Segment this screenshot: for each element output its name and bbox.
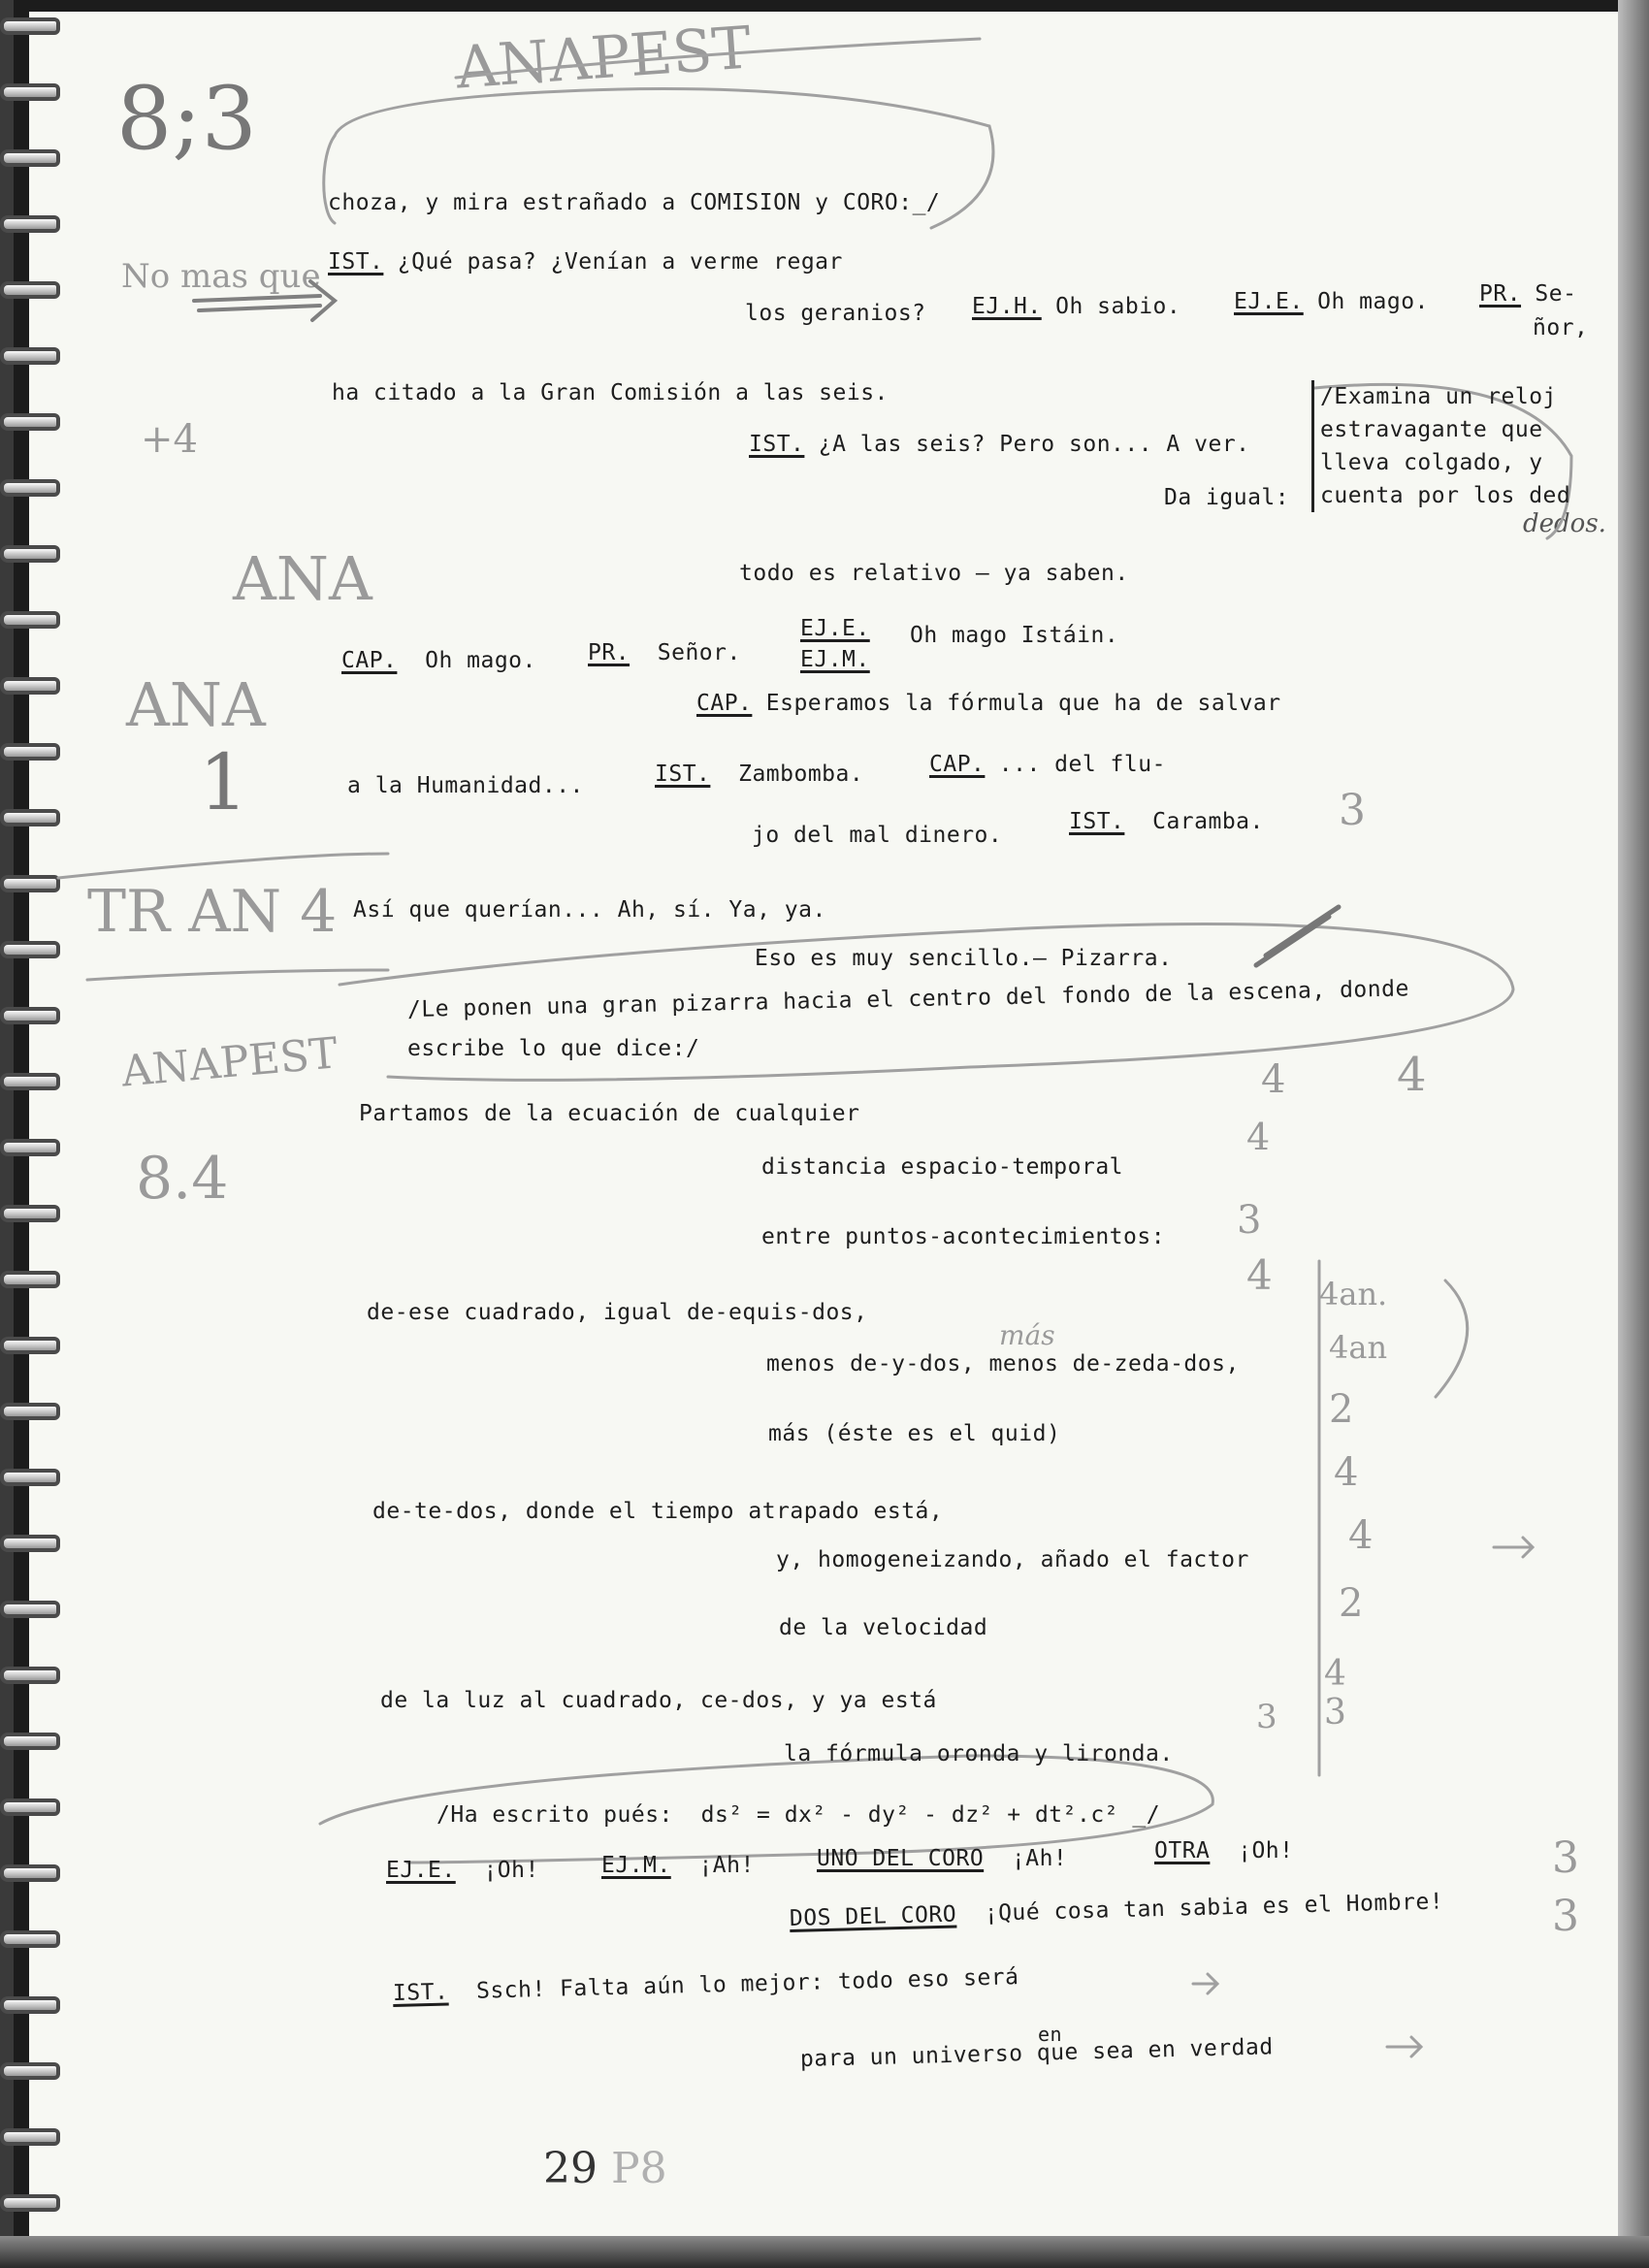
script-line: CAP. Esperamos la fórmula que ha de salv… (696, 691, 1281, 716)
script-line: OTRA ¡Oh! (1154, 1838, 1293, 1863)
pencil-scan: 4 (1348, 1513, 1373, 1558)
script-line: EJ.H. Oh sabio. (972, 294, 1180, 319)
spiral-ring (0, 1996, 60, 2014)
script-line: IST. ¿Qué pasa? ¿Venían a verme regar (328, 249, 843, 275)
dialogue-text: y, homogeneizando, añado el factor (776, 1547, 1249, 1572)
spiral-ring (0, 1469, 60, 1486)
dialogue-text: entre puntos-acontecimientos: (761, 1224, 1165, 1249)
dialogue-text: ha citado a la Gran Comisión a las seis. (332, 380, 889, 405)
script-line: IST. Caramba. (1069, 809, 1264, 834)
dialogue-text: Oh sabio. (1055, 294, 1180, 319)
spiral-ring (0, 1864, 60, 1882)
pencil-scan-3: 3 (1339, 786, 1366, 835)
dialogue-text: de-ese cuadrado, igual de-equis-dos, (367, 1300, 868, 1325)
speaker-label: EJ.E. (800, 613, 870, 644)
script-line: CAP. Oh mago. (341, 648, 536, 673)
pencil-ana-1: ANA (233, 543, 372, 614)
spiral-ring (0, 1205, 60, 1222)
dialogue-text: Se- (1535, 281, 1576, 307)
stage-direction-formula: /Ha escrito pués: ds² = dx² - dy² - dz² … (436, 1802, 1160, 1828)
spiral-ring (0, 809, 60, 826)
dialogue-text: Eso es muy sencillo.— Pizarra. (755, 946, 1172, 971)
page-shadow (0, 2236, 1649, 2268)
script-line: EJ.M. ¡Ah! (601, 1853, 755, 1878)
script-line: IST. Zambomba. (655, 761, 863, 787)
dialogue-text: Oh mago. (425, 648, 536, 673)
dialogue-text: Da igual: (1164, 485, 1289, 510)
pencil-scan: 2 (1339, 1581, 1363, 1626)
page-number: 29 (543, 2144, 598, 2193)
dialogue-text: de la velocidad (779, 1615, 987, 1640)
speaker-label: EJ.E. (1234, 289, 1304, 314)
spiral-ring (0, 743, 60, 761)
spiral-ring (0, 2062, 60, 2080)
pencil-scan-4: 4 (1397, 1048, 1427, 1102)
dialogue-text: menos de-y-dos, menos de-zeda-dos, (766, 1351, 1240, 1377)
dialogue-text: distancia espacio-temporal (761, 1154, 1123, 1180)
spiral-ring (0, 1930, 60, 1948)
dialogue-text: Oh mago Istáin. (910, 623, 1118, 648)
pencil-margin-note: No mas que (121, 257, 321, 296)
formula: ds² = dx² - dy² - dz² + dt².c² _/ (701, 1802, 1160, 1828)
speaker-label: IST. (1069, 809, 1124, 834)
speaker-label: DOS DEL CORO (790, 1901, 957, 1930)
pencil-ana-number: 1 (199, 737, 248, 827)
spiral-ring (0, 941, 60, 958)
dialogue-text: jo del mal dinero. (752, 823, 1002, 848)
spiral-ring (0, 413, 60, 431)
dialogue-text: todo es relativo — ya saben. (739, 561, 1129, 586)
speaker-label: PR. (1479, 281, 1521, 307)
speaker-label: PR. (588, 640, 630, 665)
script-line: EJ.E. ¡Oh! (386, 1858, 539, 1883)
speaker-label: IST. (655, 761, 710, 787)
dialogue-text: los geranios? (745, 301, 926, 326)
script-line: EJ.E. EJ.M. (800, 613, 870, 675)
spiral-ring (0, 149, 60, 167)
notebook-spine (0, 0, 14, 2268)
spiral-ring (0, 1535, 60, 1552)
spiral-ring (0, 545, 60, 563)
spiral-ring (0, 875, 60, 892)
dialogue-text: Zambomba. (738, 761, 863, 787)
pencil-scan: 3 (1256, 1698, 1277, 1736)
page-edge (1618, 0, 1649, 2268)
script-line: choza, y mira estrañado a COMISION y COR… (328, 190, 940, 215)
speaker-label: IST. (328, 249, 383, 275)
pencil-scan: 4 (1246, 1251, 1273, 1299)
spiral-ring (0, 1798, 60, 1816)
pencil-insert-mas: más (999, 1319, 1055, 1351)
pencil-page-note: P8 (611, 2144, 667, 2193)
pencil-tr-an: TR AN 4 (87, 878, 337, 946)
spiral-ring (0, 1601, 60, 1618)
speaker-label: IST. (393, 1980, 449, 2006)
speaker-label: EJ.M. (800, 644, 870, 675)
pencil-top-number: 8;3 (116, 68, 257, 170)
spiral-ring (0, 479, 60, 497)
spiral-ring (0, 1271, 60, 1288)
script-line: PR. Señor. (588, 640, 741, 665)
dialogue-text: ñor, (1533, 315, 1588, 340)
spiral-ring (0, 1733, 60, 1750)
pencil-scan-4an: 4an (1329, 1329, 1387, 1366)
speaker-label: EJ.H. (972, 294, 1042, 319)
dialogue-text: Así que querían... Ah, sí. Ya, ya. (353, 897, 826, 923)
spiral-ring (0, 1403, 60, 1420)
script-line: EJ.E. Oh mago. (1234, 289, 1429, 314)
spiral-ring (0, 2128, 60, 2146)
dialogue-text: de la luz al cuadrado, ce-dos, y ya está (380, 1688, 937, 1713)
speaker-label: EJ.E. (386, 1858, 456, 1883)
stage-direction: /Examina un reloj estravagante que lleva… (1311, 380, 1570, 512)
dialogue-text: ¿Qué pasa? ¿Venían a verme regar (398, 249, 843, 275)
speaker-label: CAP. (696, 691, 752, 716)
pencil-number: 8.4 (136, 1145, 228, 1213)
dialogue-text: más (éste es el quid) (768, 1421, 1060, 1446)
script-line: PR. Se- (1479, 281, 1576, 307)
spiral-ring (0, 215, 60, 233)
dialogue-text: de-te-dos, donde el tiempo atrapado está… (372, 1499, 943, 1524)
pencil-insert-dedos: dedos. (1523, 509, 1606, 538)
speaker-label: EJ.M. (601, 1853, 671, 1878)
script-line: UNO DEL CORO ¡Ah! (817, 1846, 1067, 1871)
dialogue-text: a la Humanidad... (347, 773, 584, 798)
dialogue-text: ... del flu- (999, 752, 1166, 777)
speaker-label: UNO DEL CORO (817, 1846, 984, 1871)
spiral-ring (0, 1139, 60, 1156)
pencil-scan: 3 (1237, 1198, 1261, 1243)
speaker-label: OTRA (1154, 1838, 1210, 1863)
speaker-label: IST. (749, 432, 804, 457)
script-line: CAP. ... del flu- (929, 752, 1166, 777)
pencil-scan: 4 (1334, 1450, 1358, 1495)
dialogue-text: Partamos de la ecuación de cualquier (359, 1101, 860, 1126)
dialogue-text: la fórmula oronda y lironda. (784, 1741, 1174, 1766)
spiral-ring (0, 1007, 60, 1024)
pencil-scan: 3 (1324, 1693, 1346, 1733)
pencil-scan: 2 (1329, 1387, 1353, 1432)
speaker-label: CAP. (929, 752, 985, 777)
spiral-ring (0, 2194, 60, 2212)
pencil-margin-plus: +4 (141, 417, 198, 462)
pencil-scan: 4 (1246, 1116, 1270, 1158)
spiral-ring (0, 1073, 60, 1090)
spiral-ring (0, 83, 60, 101)
spiral-ring (0, 17, 60, 35)
speaker-label: CAP. (341, 648, 397, 673)
pencil-scan-4an: 4an. (1319, 1276, 1387, 1312)
dialogue-text: ¿A las seis? Pero son... A ver. (819, 432, 1250, 457)
stage-direction: escribe lo que dice:/ (407, 1036, 699, 1061)
spiral-ring (0, 1337, 60, 1354)
dialogue-text: Señor. (658, 640, 741, 665)
pencil-scan: 3 (1552, 1892, 1579, 1941)
spiral-ring (0, 281, 60, 299)
pencil-scan: 3 (1552, 1833, 1579, 1883)
script-line: IST. ¿A las seis? Pero son... A ver. (749, 432, 1250, 457)
spiral-ring (0, 347, 60, 365)
spiral-ring (0, 1667, 60, 1684)
dialogue-text: Oh mago. (1317, 289, 1429, 314)
spiral-ring (0, 611, 60, 629)
pencil-scan: 4 (1261, 1057, 1285, 1102)
pencil-scan: 4 (1324, 1654, 1346, 1694)
spiral-ring (0, 677, 60, 695)
dialogue-text: Caramba. (1152, 809, 1264, 834)
dialogue-text: Esperamos la fórmula que ha de salvar (766, 691, 1281, 716)
pencil-ana-2: ANA (126, 669, 266, 740)
